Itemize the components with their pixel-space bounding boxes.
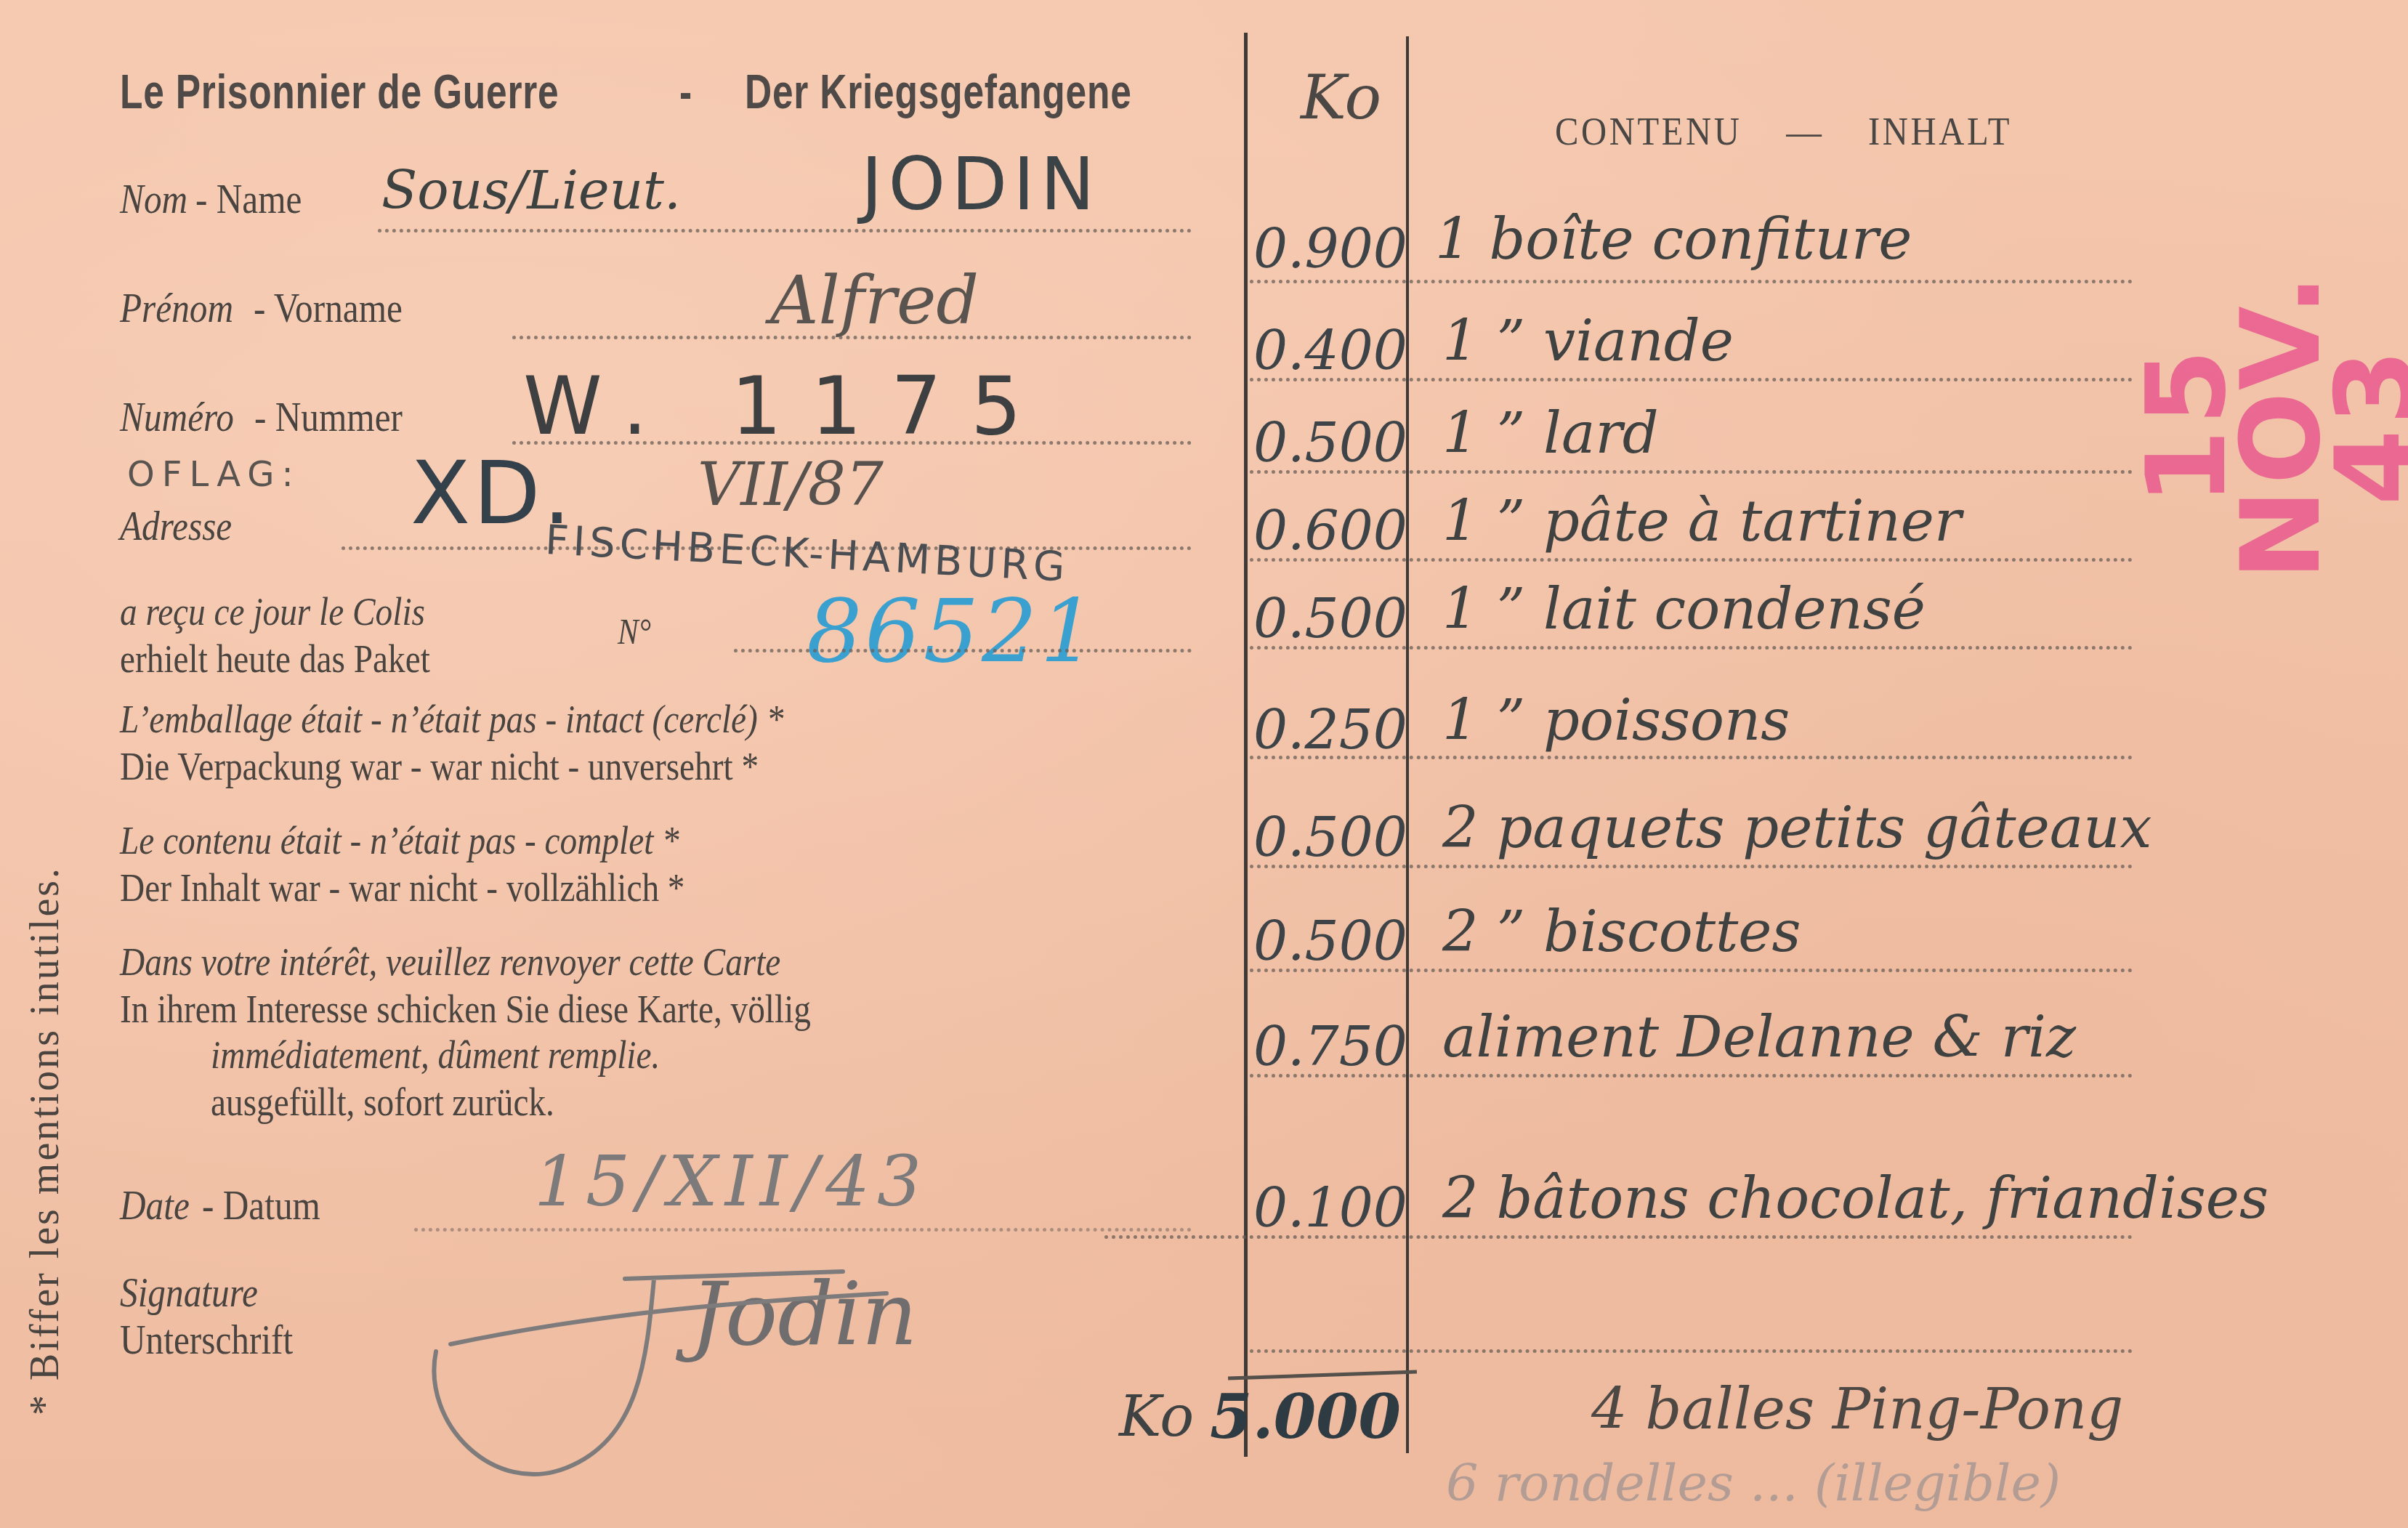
card-title-de: Der Kriegsgefangene [745,64,1132,119]
prenom-label-de: - Vorname [254,283,403,332]
contents-row-8-item: 2 ” biscottes [1442,900,1801,965]
pencil-note: 6 rondelles ... (illegible) [1446,1453,2061,1513]
prenom-value: Alfred [770,262,979,339]
contents-row-10-item: 2 bâtons chocolat, friandises [1442,1166,2268,1232]
instruction-de-line2: ausgefüllt, sofort zurück. [211,1079,554,1125]
contents-row-4-ko: 0.600 [1253,500,1407,562]
contents-row-1-line [1250,280,2133,283]
extra-item: 4 balles Ping-Pong [1591,1377,2123,1442]
ko-column-left-rule [1244,33,1248,1457]
numero-label-de: - Nummer [254,392,403,441]
date-label-de: - Datum [202,1181,320,1229]
adresse-label: Adresse [120,501,232,550]
nom-value: JODIN [861,142,1101,227]
signature-label-de: Unterschrift [120,1315,293,1364]
nom-label-fr: Nom [120,174,187,223]
field-prenom-label: Prénom- Vorname [120,283,429,332]
contents-row-2-item: 1 ” viande [1442,309,1734,374]
contents-row-10-ko: 0.100 [1253,1177,1407,1240]
contents-row-7-ko: 0.500 [1253,807,1407,869]
signature-label-fr: Signature [120,1268,258,1317]
contents-row-9-ko: 0.750 [1253,1016,1407,1078]
contents-row-10-line [1104,1235,2133,1239]
date-label-fr: Date [120,1181,190,1229]
contents-row-9-item: aliment Delanne & riz [1442,1005,2076,1070]
side-note-strike-instructions: * Biffer les mentions inutiles. [22,843,73,1439]
contents-row-1-ko: 0.900 [1253,218,1407,280]
card-title-fr: Le Prisonnier de Guerre [120,64,559,119]
colis-number-value: 86521 [807,581,1099,682]
field-date-label: Date- Datum [120,1181,341,1229]
total-underline [1228,1370,1417,1380]
contents-row-3-ko: 0.500 [1253,412,1407,474]
contents-header-separator: — [1786,110,1824,153]
contents-row-7-item: 2 paquets petits gâteaux [1442,796,2152,861]
prenom-label-fr: Prénom [120,283,233,332]
card-title-separator: - [679,64,692,119]
total-label: Ko [1119,1384,1194,1450]
contents-row-6-ko: 0.250 [1253,699,1407,761]
contents-row-5-line [1250,646,2133,650]
contents-row-5-ko: 0.500 [1253,588,1407,650]
ko-column-header: Ko [1301,62,1381,133]
contents-header: CONTENU — INHALT [1555,109,2012,154]
nom-dotted-line [378,229,1192,233]
field-nom-label: Nom- Name [120,174,320,223]
contents-row-5-item: 1 ” lait condensé [1442,577,1926,642]
contents-row-7-line [1250,865,2133,868]
colis-dotted-line [734,649,1192,652]
date-value: 15/XII/43 [534,1141,929,1222]
contents-row-6-line [1250,756,2133,759]
contenu-complet-text-de: Der Inhalt war - war nicht - vollzählich… [120,865,685,910]
contents-row-9-line [1250,1074,2133,1078]
signature-flourish [407,1250,1061,1504]
colis-number-label: N° [618,610,651,652]
contents-row-8-ko: 0.500 [1253,910,1407,973]
emballage-text-de: Die Verpackung war - war nicht - unverse… [120,743,759,789]
contents-row-2-line [1250,378,2133,381]
adresse-prefix: OFLAG: [127,454,301,495]
contents-header-de: INHALT [1868,110,2012,153]
adresse-block-value: VII/87 [698,450,884,520]
numero-value: W. 1175 [523,360,1051,453]
instruction-de-line1: In ihrem Interesse schicken Sie diese Ka… [120,986,811,1032]
contents-row-11-line [1250,1349,2133,1353]
colis-label-de: erhielt heute das Paket [120,636,430,682]
contenu-complet-text-fr: Le contenu était - n’était pas - complet… [120,817,679,863]
colis-label-fr: a reçu ce jour le Colis [120,589,425,634]
instruction-fr-line2: immédiatement, dûment remplie. [211,1032,660,1078]
emballage-text-fr: L’emballage était - n’était pas - intact… [120,696,783,742]
field-numero-label: Numéro- Nummer [120,392,429,441]
nom-rank-value: Sous/Lieut. [381,160,681,221]
contents-row-4-item: 1 ” pâte à tartiner [1442,489,1961,554]
total-value: 5.000 [1210,1381,1401,1452]
contents-row-8-line [1250,969,2133,972]
contents-row-1-item: 1 boîte confiture [1435,207,1912,272]
adresse-place-value: FISCHBECK-HAMBURG [544,517,1070,591]
nom-label-de: - Name [195,174,302,223]
contents-header-fr: CONTENU [1555,110,1742,153]
date-received-stamp: 15 NOV. 43 [2140,200,2234,650]
contents-row-6-item: 1 ” poissons [1442,688,1790,753]
numero-dotted-line [512,441,1192,445]
contents-row-4-line [1250,558,2133,562]
instruction-fr-line1: Dans votre intérêt, veuillez renvoyer ce… [120,939,780,985]
numero-label-fr: Numéro [120,392,234,441]
prenom-dotted-line [512,336,1192,339]
date-dotted-line [414,1228,1192,1232]
contents-row-3-line [1250,470,2133,474]
contents-row-3-item: 1 ” lard [1442,401,1659,466]
contents-row-2-ko: 0.400 [1253,320,1407,382]
